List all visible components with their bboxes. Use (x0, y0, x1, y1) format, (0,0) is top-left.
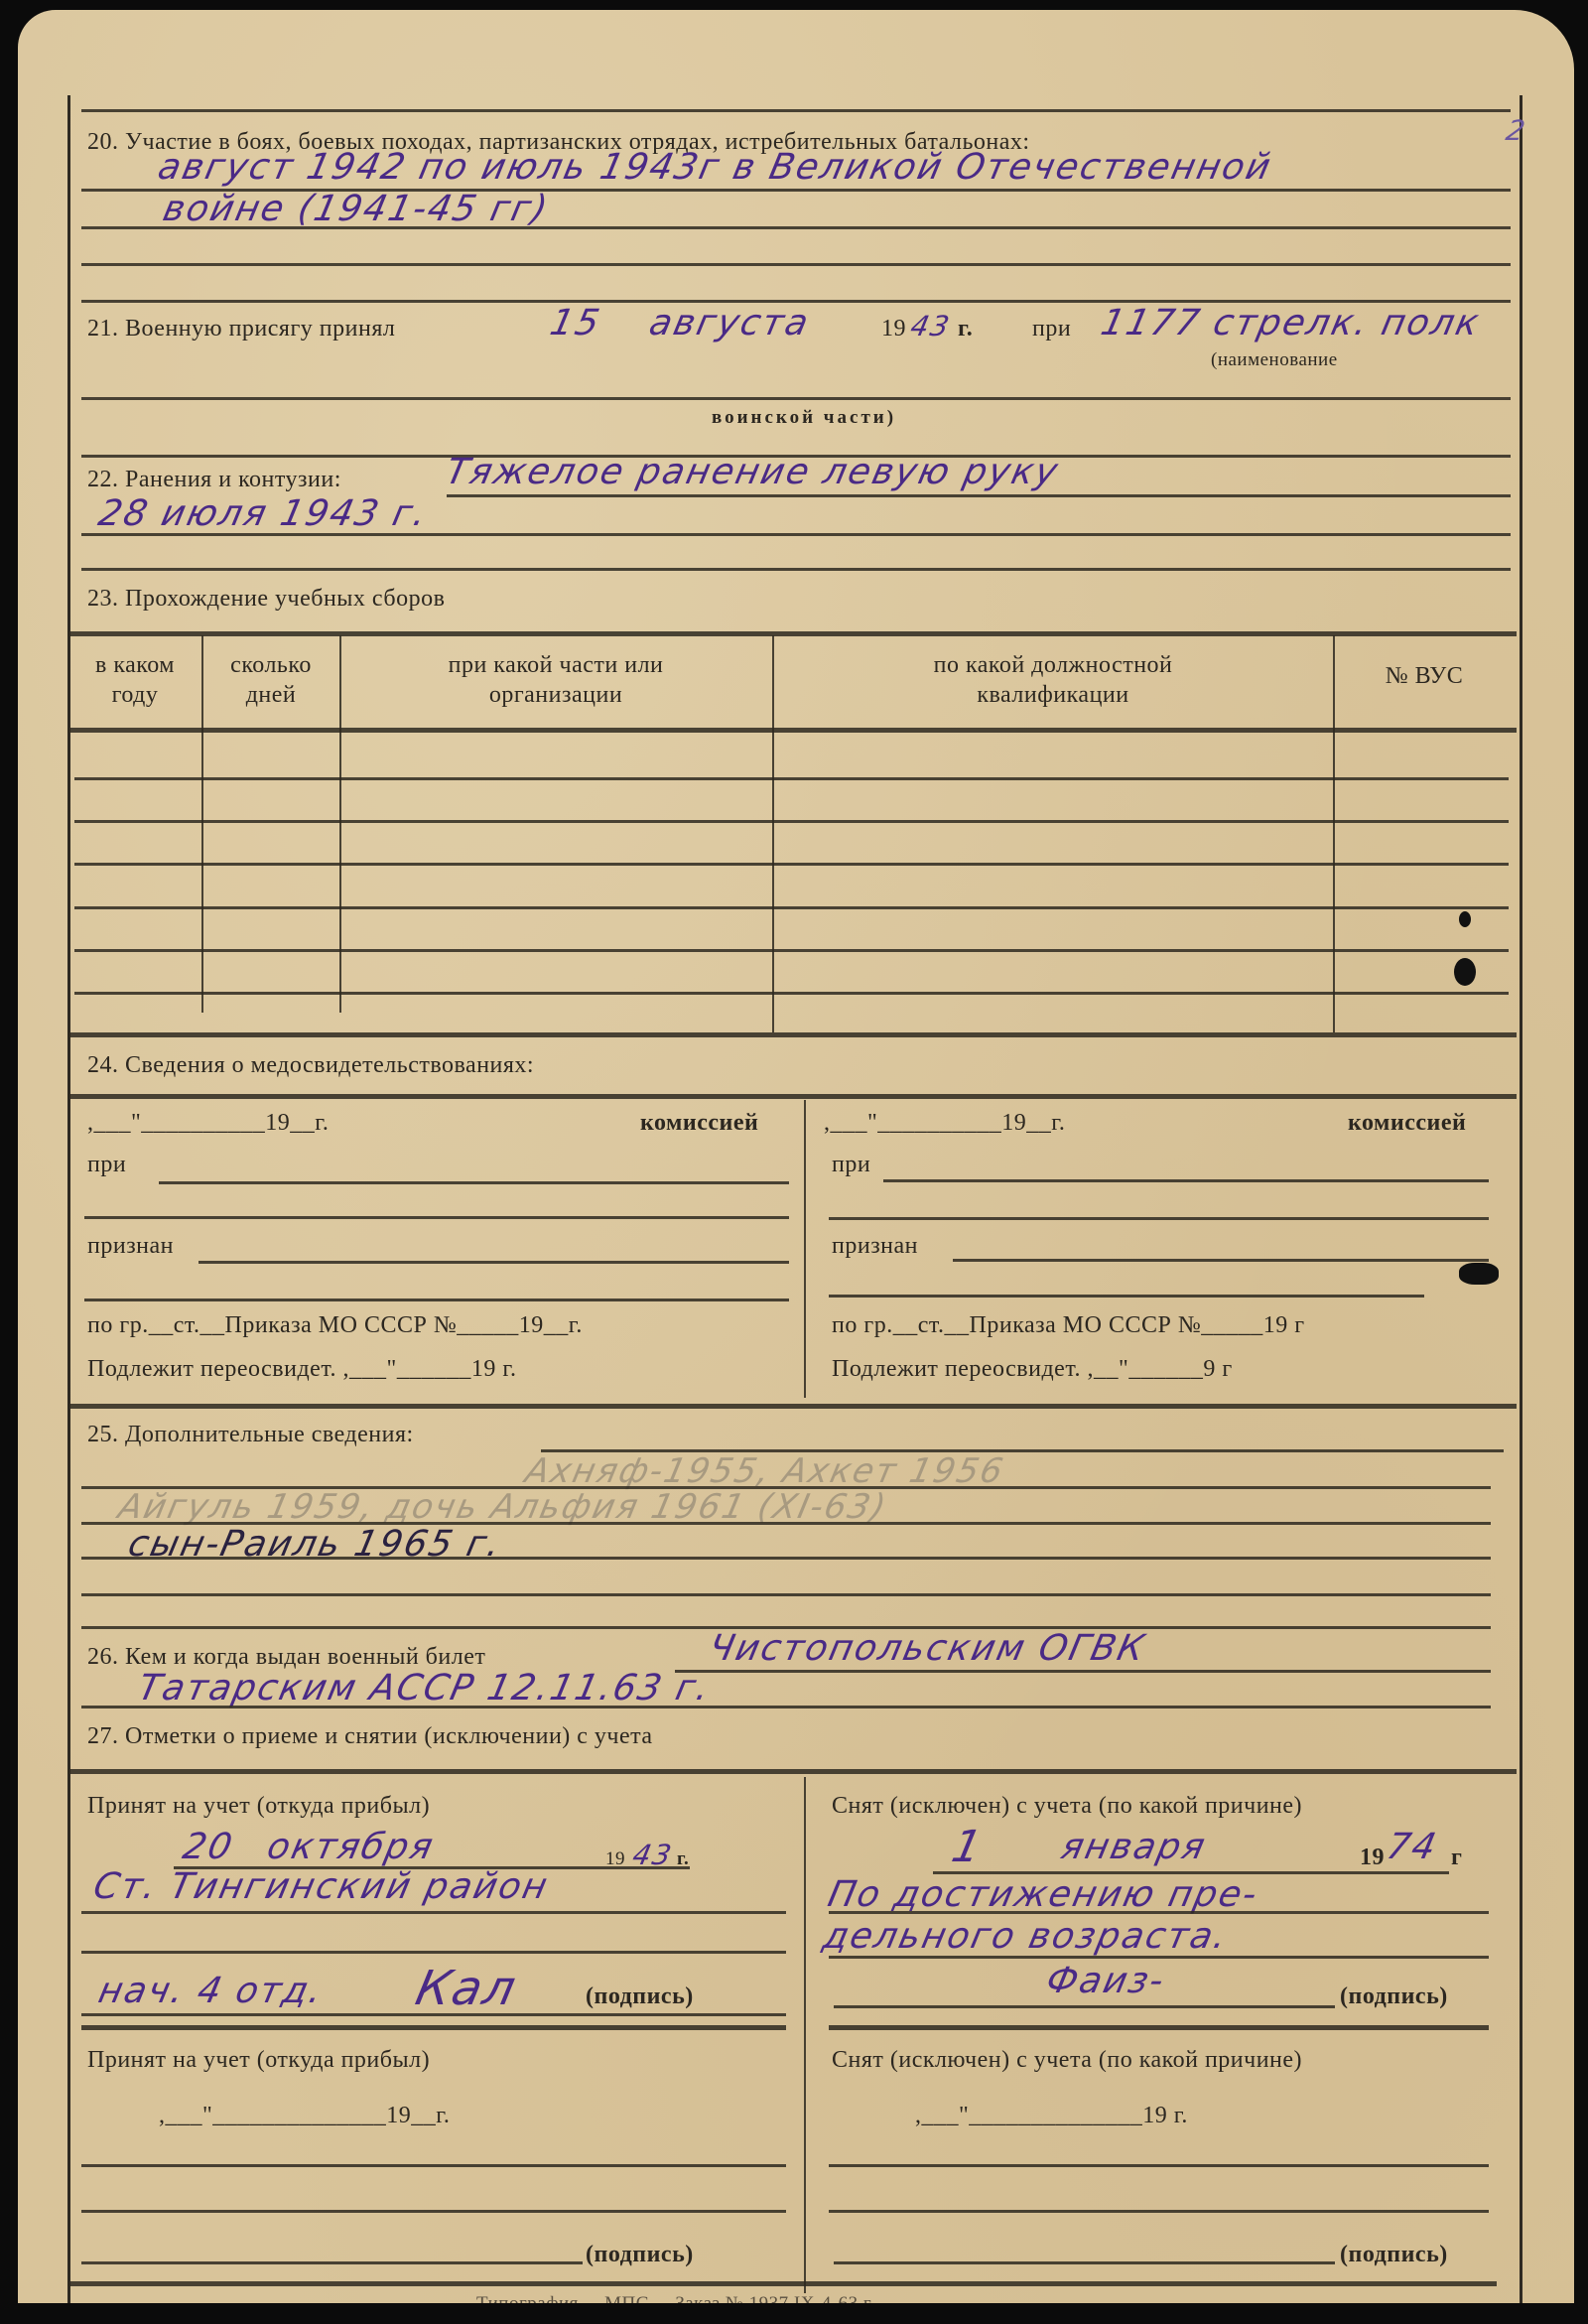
fill-line (829, 2210, 1489, 2213)
registered-signer: нач. 4 отд. (95, 1971, 328, 2011)
deregistered-reason-line-1: По достижению пре- (825, 1874, 1262, 1915)
fill-line (829, 1956, 1489, 1959)
table-row (74, 820, 1509, 823)
table-row (74, 777, 1509, 780)
divider (447, 494, 1511, 497)
med-left-date-line: ,___"__________19__г. (87, 1110, 329, 1137)
fill-line (159, 1181, 789, 1184)
registered-origin: Ст. Тингинский район (90, 1866, 553, 1907)
section-22-label: 22. Ранения и контузии: (87, 467, 341, 493)
divider (67, 631, 1517, 636)
section-24-label: 24. Сведения о медосвидетельствованиях: (87, 1052, 534, 1079)
divider (67, 2281, 1497, 2286)
deregistered-sign-caption: (подпись) (1340, 1983, 1448, 2010)
section-23-label: 23. Прохождение учебных сборов (87, 586, 445, 613)
caption-military-unit: воинской части) (595, 407, 1012, 429)
column-header-year: в какомгоду (69, 650, 200, 710)
deregistered-signature: Фаиз- (1043, 1961, 1169, 2001)
oath-day: 15 (547, 303, 605, 343)
deregistered-2-title: Снят (исключен) с учета (по какой причин… (832, 2047, 1302, 2074)
fill-line (84, 1216, 789, 1219)
divider (81, 109, 1511, 112)
registered-2-date-line: ,___"______________19__г. (159, 2103, 450, 2129)
scan-border (0, 2303, 1588, 2324)
registered-title: Принят на учет (откуда прибыл) (87, 1793, 430, 1820)
table-row (74, 906, 1509, 909)
registered-sign-caption: (подпись) (586, 1983, 694, 2010)
fill-line (81, 2164, 786, 2167)
table-row (74, 949, 1509, 952)
fill-line (81, 1911, 786, 1914)
divider (67, 1404, 1517, 1409)
registered-signature: Кал (411, 1961, 522, 2016)
divider (67, 1769, 1517, 1774)
oath-at-label: при (1032, 316, 1071, 342)
med-left-order-line: по гр.__ст.__Приказа МО СССР №_____19__г… (87, 1312, 583, 1339)
deregistered-month: января (1058, 1827, 1211, 1867)
section-22-entry-line-1: Тяжелое ранение левую руку (443, 452, 1063, 492)
med-left-at: при (87, 1152, 126, 1178)
section-20-entry-line-1: август 1942 по июль 1943г в Великой Отеч… (155, 147, 1276, 188)
table-row (74, 863, 1509, 866)
fill-line (81, 2013, 786, 2016)
deregistered-year-unit: г (1451, 1845, 1462, 1871)
deregistered-year-prefix: 19 (1360, 1845, 1385, 1871)
section-21-label: 21. Военную присягу принял (87, 316, 395, 342)
column-divider (804, 1100, 806, 1398)
column-header-days: сколькодней (203, 650, 338, 710)
column-divider (1333, 635, 1335, 1032)
section-26-label: 26. Кем и когда выдан военный билет (87, 1644, 485, 1671)
divider (81, 1706, 1491, 1709)
section-26-entry-line-1: Чистопольским ОГВК (706, 1628, 1150, 1669)
section-27-label: 27. Отметки о приеме и снятии (исключени… (87, 1723, 653, 1750)
section-25-label: 25. Дополнительные сведения: (87, 1422, 414, 1448)
fill-line (953, 1259, 1489, 1262)
divider (81, 397, 1511, 400)
med-right-at: при (832, 1152, 870, 1178)
fill-line (81, 1593, 1491, 1596)
divider (81, 263, 1511, 266)
section-22-entry-line-2: 28 июля 1943 г. (95, 493, 432, 534)
divider (67, 728, 1517, 733)
section-26-entry-line-2: Татарским АССР 12.11.63 г. (135, 1668, 715, 1709)
fill-line (883, 1179, 1489, 1182)
oath-year-unit: г. (958, 316, 973, 342)
fill-line (834, 2005, 1335, 2008)
fill-line (829, 1217, 1489, 1220)
divider (81, 568, 1511, 571)
med-left-recheck-line: Подлежит переосвидет. ,___"______19 г. (87, 1356, 516, 1383)
divider (81, 533, 1511, 536)
caption-naming: (наименование (1211, 349, 1338, 371)
deregistered-2-date-line: ,___"______________19 г. (915, 2103, 1188, 2129)
deregistered-year-suffix: 74 (1384, 1827, 1442, 1867)
registered-2-sign-caption: (подпись) (586, 2242, 694, 2268)
deregistered-reason-line-2: дельного возраста. (820, 1916, 1232, 1957)
med-right-order-line: по гр.__ст.__Приказа МО СССР №_____19 г (832, 1312, 1305, 1339)
divider (67, 1094, 1517, 1099)
fill-line (829, 1295, 1424, 1298)
deregistered-2-sign-caption: (подпись) (1340, 2242, 1448, 2268)
registered-2-title: Принят на учет (откуда прибыл) (87, 2047, 430, 2074)
med-right-recheck-line: Подлежит переосвидет. ,__"______9 г (832, 1356, 1233, 1383)
section-25-faint-line-2: Айгуль 1959, дочь Альфия 1961 (XI-63) (115, 1487, 891, 1527)
ink-blot (1454, 958, 1476, 986)
fill-line (84, 1299, 789, 1301)
oath-month: августа (646, 303, 814, 343)
med-left-commission: комиссией (640, 1110, 758, 1137)
fill-line (675, 1670, 1491, 1673)
divider (81, 2025, 786, 2030)
fill-line (198, 1261, 789, 1264)
fill-line (829, 1911, 1489, 1914)
med-right-found: признан (832, 1233, 918, 1260)
med-right-commission: комиссией (1348, 1110, 1466, 1137)
ink-blot (1459, 1263, 1499, 1285)
divider (67, 1032, 1517, 1037)
divider (829, 2025, 1489, 2030)
med-right-date-line: ,___"__________19__г. (824, 1110, 1065, 1137)
fill-line (834, 2261, 1335, 2264)
oath-year-prefix: 19 (881, 316, 906, 342)
fill-line (81, 2210, 786, 2213)
section-25-faint-line-1: Ахняф-1955, Ахкет 1956 (522, 1451, 1008, 1491)
fill-line (829, 2164, 1489, 2167)
fill-line (81, 2261, 583, 2264)
fill-line (81, 1951, 786, 1954)
oath-unit: 1177 стрелк. полк (1098, 303, 1484, 343)
ink-blot (1459, 911, 1471, 927)
column-divider (804, 1777, 806, 2293)
registered-day: 20 (180, 1827, 238, 1867)
column-header-qualification: по какой должностнойквалификации (774, 650, 1332, 710)
table-row (74, 992, 1509, 995)
column-header-unit: при какой части илиорганизации (341, 650, 770, 710)
divider (81, 226, 1511, 229)
section-20-entry-line-2: войне (1941-45 гг) (160, 189, 553, 229)
fill-line (81, 1557, 1491, 1560)
med-left-found: признан (87, 1233, 174, 1260)
column-header-vus: № ВУС (1335, 663, 1514, 690)
registered-month: октября (264, 1827, 439, 1867)
deregistered-title: Снят (исключен) с учета (по какой причин… (832, 1793, 1302, 1820)
oath-year-suffix: 43 (907, 310, 954, 342)
